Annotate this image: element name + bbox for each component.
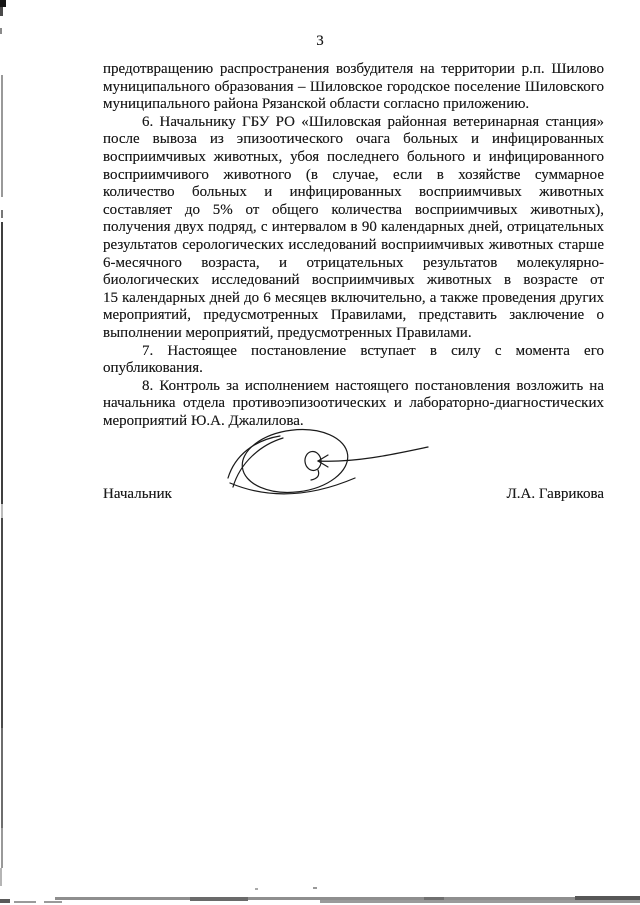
scan-bottom-artifact xyxy=(0,899,10,903)
text-line: результатов серологических исследований … xyxy=(103,237,604,255)
scan-speck xyxy=(255,888,258,890)
text-line: выполнении мероприятий, предусмотренных … xyxy=(103,325,604,343)
text-line: восприимчивого животного (в случае, если… xyxy=(103,167,604,185)
paragraph-item-6: 6. Начальнику ГБУ РО «Шиловская районная… xyxy=(103,114,604,343)
scan-edge-artifact xyxy=(1,222,3,504)
text-line: получения двух подряд, с интервалом в 90… xyxy=(103,219,604,237)
scan-bottom-artifact xyxy=(190,897,248,901)
text-line: 7. Настоящее постановление вступает в си… xyxy=(103,343,604,361)
scan-edge-artifact xyxy=(1,504,3,518)
text-line: 6-месячного возраста, и отрицательных ре… xyxy=(103,255,604,273)
scan-edge-artifact xyxy=(1,75,3,197)
text-line: 6. Начальнику ГБУ РО «Шиловская районная… xyxy=(103,114,604,132)
text-line: 15 календарных дней до 6 месяцев включит… xyxy=(103,290,604,308)
scan-bottom-artifact xyxy=(320,900,640,903)
scanned-document-page: 3 предотвращению распространения возбуди… xyxy=(0,0,640,905)
scan-speck xyxy=(313,887,317,889)
text-line: предотвращению распространения возбудите… xyxy=(103,61,604,79)
text-line: опубликования. xyxy=(103,360,604,378)
scan-bottom-artifact xyxy=(14,901,36,903)
text-line: после вывоза из эпизоотического очага бо… xyxy=(103,131,604,149)
scan-edge-artifact xyxy=(0,28,2,34)
page-number: 3 xyxy=(0,33,640,50)
text-line: биологических исследований восприимчивых… xyxy=(103,272,604,290)
text-line: восприимчивых животных, убоя последнего … xyxy=(103,149,604,167)
text-line: 8. Контроль за исполнением настоящего по… xyxy=(103,378,604,396)
text-line: муниципального района Рязанской области … xyxy=(103,96,604,114)
scan-bottom-artifact xyxy=(44,901,62,903)
scan-edge-artifact xyxy=(1,518,3,728)
scan-edge-artifact xyxy=(0,868,2,886)
scan-edge-artifact xyxy=(0,0,6,7)
text-line: мероприятий, предусмотренных Правилами, … xyxy=(103,307,604,325)
text-line: муниципального образования – Шиловское г… xyxy=(103,79,604,97)
text-line: начальника отдела противоэпизоотических … xyxy=(103,395,604,413)
paragraph-item-7: 7. Настоящее постановление вступает в си… xyxy=(103,343,604,378)
paragraph-continuation: предотвращению распространения возбудите… xyxy=(103,61,604,114)
scan-edge-artifact xyxy=(1,210,3,218)
text-line: количество больных и инфицированных восп… xyxy=(103,184,604,202)
signature-row: Начальник Л.А. Гаврикова xyxy=(103,486,604,503)
paragraph-item-8: 8. Контроль за исполнением настоящего по… xyxy=(103,378,604,431)
text-line: составляет до 5% от общего количества во… xyxy=(103,202,604,220)
scan-edge-artifact xyxy=(1,828,3,868)
signatory-name: Л.А. Гаврикова xyxy=(507,486,604,503)
signatory-title: Начальник xyxy=(103,486,172,503)
scan-edge-artifact xyxy=(0,7,3,16)
document-text-block: предотвращению распространения возбудите… xyxy=(103,61,604,430)
scan-edge-artifact xyxy=(1,728,3,828)
